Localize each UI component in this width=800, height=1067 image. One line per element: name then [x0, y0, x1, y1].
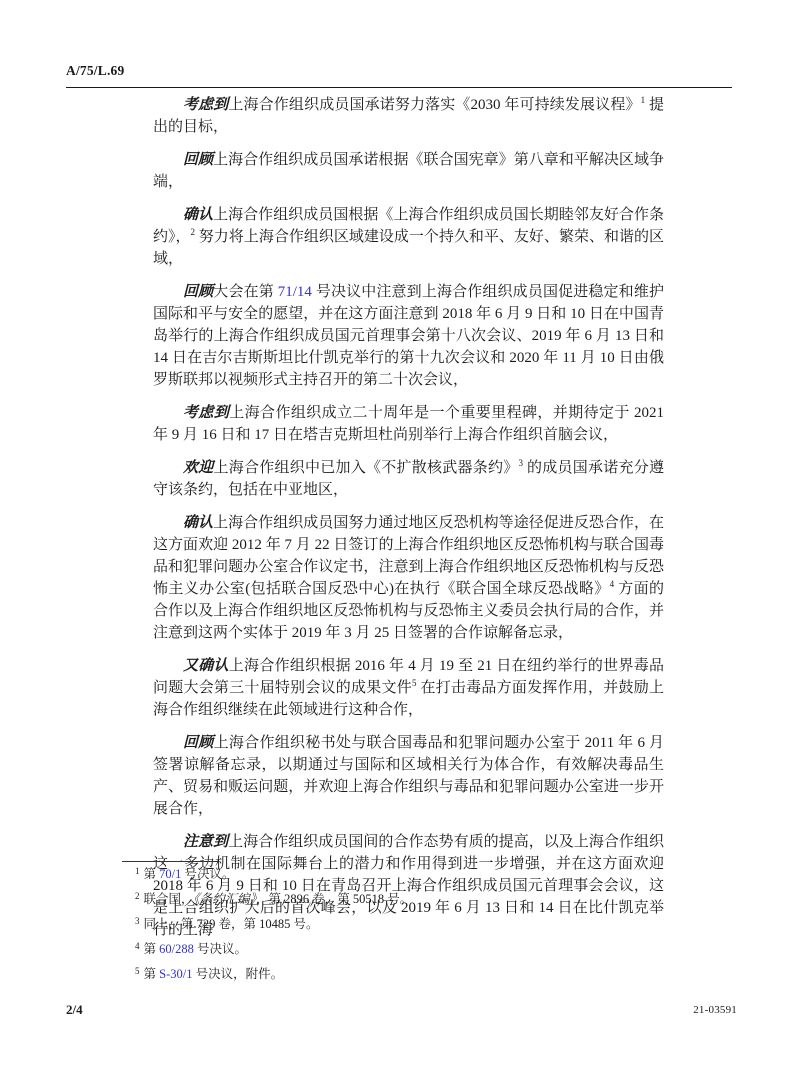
page-number: 2/4 [66, 1002, 83, 1018]
text-run: 上海合作组织秘书处与联合国毒品和犯罪问题办公室于 2011 年 6 月签署谅解备… [153, 735, 664, 817]
paragraph-lead: 欢迎 [183, 460, 214, 476]
footnote-marker: 5 [135, 966, 140, 976]
paragraph-lead: 回顾 [183, 152, 213, 168]
footnote-3: 3同上，第 729 卷，第 10485 号。 [122, 916, 667, 932]
footnote-marker: 3 [135, 916, 140, 926]
job-number: 21-03591 [693, 1004, 737, 1016]
text-run: 《条约汇编》 [194, 892, 257, 906]
paragraph-1: 考虑到上海合作组织成员国承诺努力落实《2030 年可持续发展议程》1 提出的目标… [153, 94, 664, 138]
text-run: 努力将上海合作组织区域建设成一个持久和平、友好、繁荣、和谐的区域， [153, 229, 664, 267]
header-rule [66, 87, 732, 88]
paragraph-lead: 确认 [183, 515, 213, 531]
paragraph-5: 考虑到上海合作组织成立二十周年是一个重要里程碑，并期待定于 2021 年 9 月… [153, 402, 664, 446]
text-run: 上海合作组织成员国承诺根据《联合国宪章》第八章和平解决区域争端， [153, 152, 664, 190]
paragraph-4: 回顾大会在第 71/14 号决议中注意到上海合作组织成员国促进稳定和维护国际和平… [153, 281, 664, 391]
text-run: 号决议。 [181, 867, 234, 881]
document-page: A/75/L.69 考虑到上海合作组织成员国承诺努力落实《2030 年可持续发展… [0, 0, 800, 1067]
text-run: 同上，第 729 卷，第 10485 号。 [144, 917, 319, 931]
paragraph-lead: 注意到 [183, 834, 228, 850]
paragraph-7: 确认上海合作组织成员国努力通过地区反恐机构等途径促进反恐合作，在这方面欢迎 20… [153, 512, 664, 644]
resolution-link[interactable]: 70/1 [159, 867, 181, 881]
paragraph-8: 又确认上海合作组织根据 2016 年 4 月 19 至 21 日在纽约举行的世界… [153, 655, 664, 721]
footnote-2: 2联合国，《条约汇编》，第 2896 卷，第 50518 号。 [122, 891, 667, 907]
text-run: 号决议。 [194, 942, 247, 956]
text-run: 第 [144, 867, 160, 881]
footnote-4: 4第 60/288 号决议。 [122, 941, 667, 957]
text-run: 大会在第 [213, 284, 277, 300]
footnotes-block: 1第 70/1 号决议。2联合国，《条约汇编》，第 2896 卷，第 50518… [122, 866, 667, 991]
resolution-link[interactable]: 60/288 [159, 942, 194, 956]
paragraph-lead: 回顾 [183, 284, 213, 300]
text-run: 上海合作组织中已加入《不扩散核武器条约》 [214, 460, 519, 476]
footnote-marker: 2 [135, 891, 140, 901]
paragraph-lead: 又确认 [183, 658, 229, 674]
text-run: 上海合作组织成立二十周年是一个重要里程碑，并期待定于 2021 年 9 月 16… [153, 405, 664, 443]
text-run: 上海合作组织成员国承诺努力落实《2030 年可持续发展议程》 [228, 97, 640, 113]
text-run: 号决议，附件。 [192, 967, 283, 981]
text-run: 上海合作组织成员国努力通过地区反恐机构等途径促进反恐合作，在这方面欢迎 2012… [153, 515, 664, 597]
text-run: 联合国， [144, 892, 194, 906]
resolution-link[interactable]: 71/14 [278, 284, 312, 300]
paragraph-9: 回顾上海合作组织秘书处与联合国毒品和犯罪问题办公室于 2011 年 6 月签署谅… [153, 732, 664, 820]
text-run: 第 [144, 942, 160, 956]
text-run: 第 [144, 967, 160, 981]
document-body: 考虑到上海合作组织成员国承诺努力落实《2030 年可持续发展议程》1 提出的目标… [153, 94, 664, 952]
paragraph-2: 回顾上海合作组织成员国承诺根据《联合国宪章》第八章和平解决区域争端， [153, 149, 664, 193]
footnote-1: 1第 70/1 号决议。 [122, 866, 667, 882]
footnote-marker: 1 [135, 866, 140, 876]
resolution-link[interactable]: S-30/1 [159, 967, 192, 981]
footnote-5: 5第 S-30/1 号决议，附件。 [122, 966, 667, 982]
paragraph-3: 确认上海合作组织成员国根据《上海合作组织成员国长期睦邻友好合作条约》，2 努力将… [153, 204, 664, 270]
text-run: ，第 2896 卷，第 50518 号。 [256, 892, 412, 906]
footnote-marker: 4 [135, 941, 140, 951]
paragraph-lead: 考虑到 [183, 405, 229, 421]
paragraph-lead: 确认 [183, 207, 213, 223]
paragraph-lead: 回顾 [183, 735, 214, 751]
paragraph-6: 欢迎上海合作组织中已加入《不扩散核武器条约》3 的成员国承诺充分遵守该条约，包括… [153, 457, 664, 501]
document-symbol: A/75/L.69 [66, 63, 124, 79]
footnote-separator [122, 861, 218, 862]
paragraph-lead: 考虑到 [183, 97, 228, 113]
